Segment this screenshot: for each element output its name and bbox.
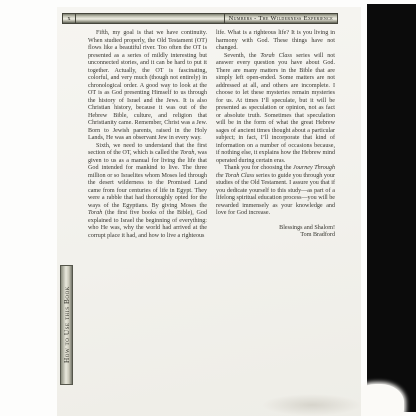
page-number-box: x (63, 14, 76, 23)
book-page: x Numbers - The Wilderness Experience Fi… (57, 7, 361, 416)
body-column-right: life. What is a righteous life? It is yo… (216, 30, 335, 240)
header-spacer (76, 14, 224, 23)
black-backdrop (367, 4, 416, 412)
body-column-left: Fifth, my goal is that we have continuit… (88, 30, 207, 240)
header-title-box: Numbers - The Wilderness Experience (224, 14, 337, 23)
body-text: Fifth, my goal is that we have continuit… (88, 30, 335, 240)
scan-shadow (262, 394, 362, 416)
sidebar-tab: How to Use this Book (60, 265, 73, 385)
closing-author: Tom Bradford (216, 232, 335, 240)
header-title: Numbers - The Wilderness Experience (229, 15, 333, 22)
closing-blessing: Blessings and Shalom! (216, 225, 335, 233)
page-header-bar: x Numbers - The Wilderness Experience (62, 13, 338, 24)
sidebar-label: How to Use this Book (63, 286, 71, 363)
closing-signature: Blessings and Shalom! Tom Bradford (216, 225, 335, 240)
body-column-right-paragraphs: life. What is a righteous life? It is yo… (216, 30, 335, 218)
page-number: x (68, 16, 71, 22)
book-page-photo: x Numbers - The Wilderness Experience Fi… (0, 0, 416, 416)
